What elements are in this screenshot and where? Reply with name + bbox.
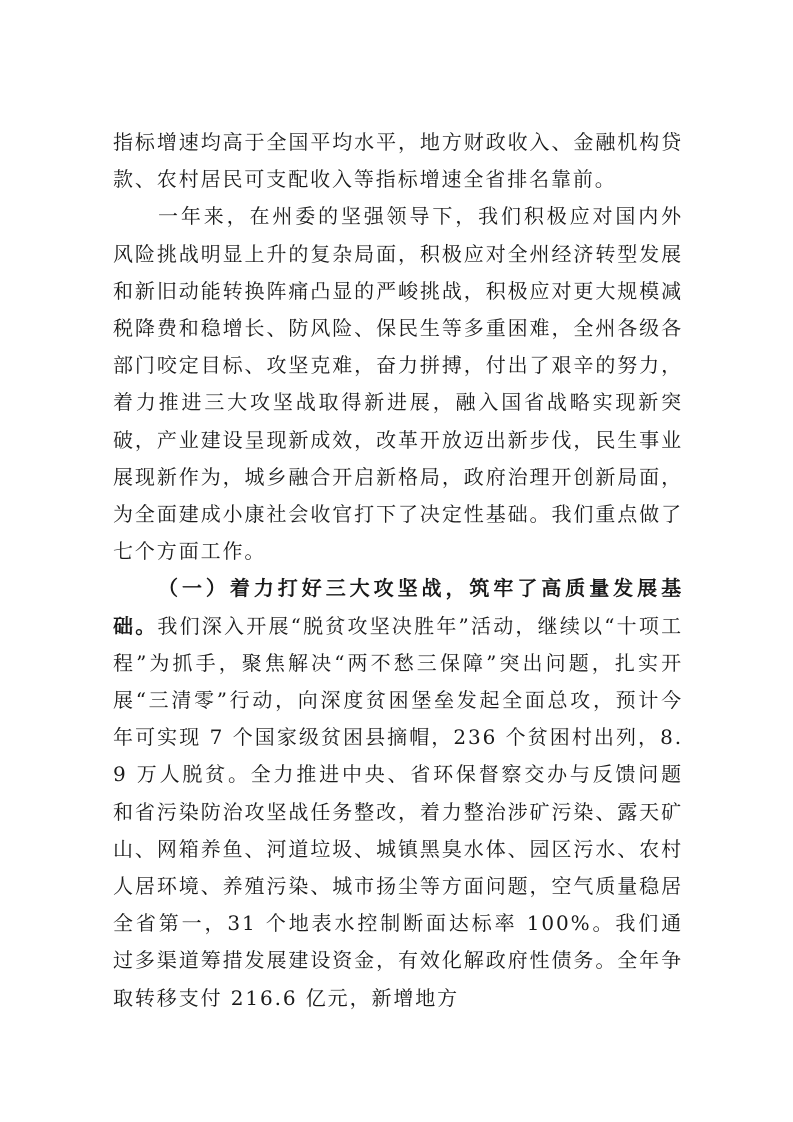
paragraph-intro-continuation: 指标增速均高于全国平均水平，地方财政收入、金融机构贷款、农村居民可支配收入等指标… <box>113 124 683 198</box>
paragraph-text: 指标增速均高于全国平均水平，地方财政收入、金融机构贷款、农村居民可支配收入等指标… <box>113 130 683 191</box>
paragraph-text: 一年来，在州委的坚强领导下，我们积极应对国内外风险挑战明显上升的复杂局面，积极应… <box>113 204 683 563</box>
paragraph-section-one: （一）着力打好三大攻坚战，筑牢了高质量发展基础。我们深入开展“脱贫攻坚决胜年”活… <box>113 570 683 1016</box>
paragraph-text: 我们深入开展“脱贫攻坚决胜年”活动，继续以“十项工程”为抓手，聚焦解决“两不愁三… <box>113 614 683 1010</box>
paragraph-year-summary: 一年来，在州委的坚强领导下，我们积极应对国内外风险挑战明显上升的复杂局面，积极应… <box>113 198 683 570</box>
document-page: 指标增速均高于全国平均水平，地方财政收入、金融机构贷款、农村居民可支配收入等指标… <box>113 124 683 1017</box>
